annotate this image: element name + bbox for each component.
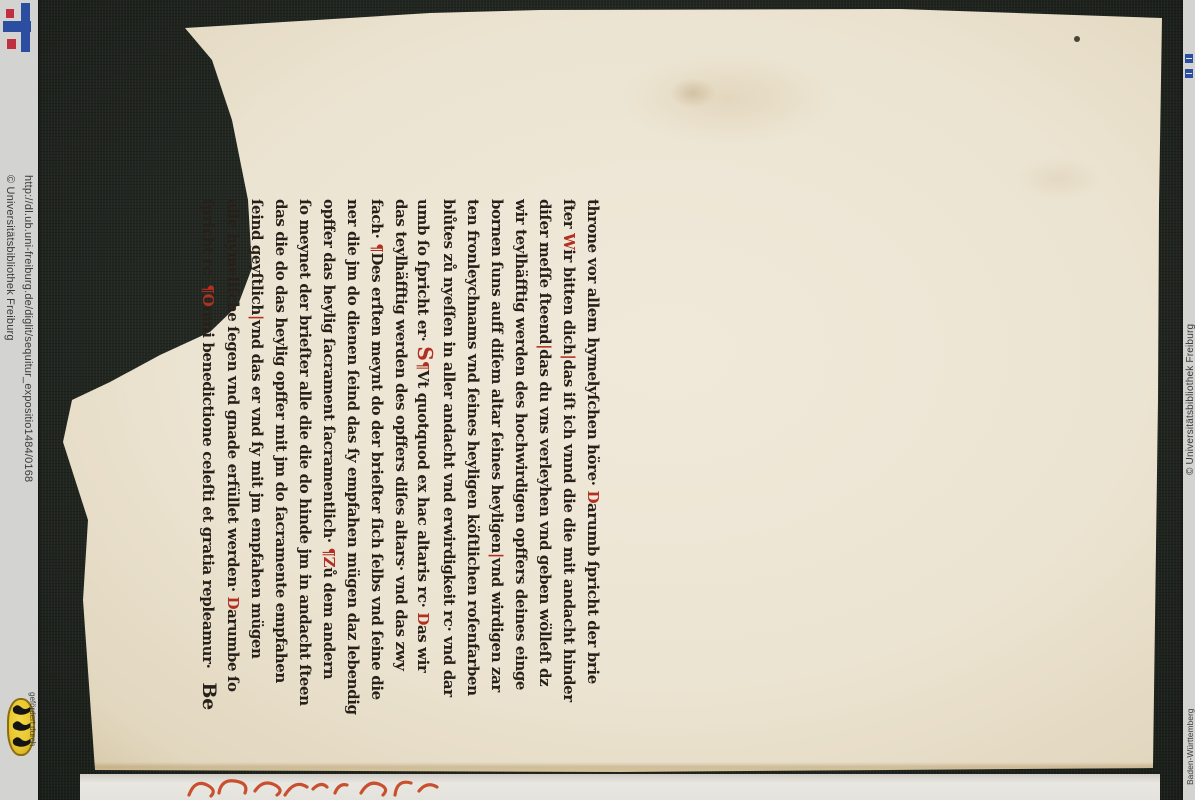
text-line: throne vor allem hymelyſchen höre· Darum… — [581, 199, 605, 704]
scan-stage: throne vor allem hymelyſchen höre· Darum… — [0, 0, 1195, 800]
paper-stain — [670, 78, 716, 108]
right-frame-strip: © Universitätsbibliothek Freiburg Baden-… — [1183, 0, 1195, 800]
text-line: wir teylhäfftig werden des hochwirdigen … — [509, 199, 533, 704]
text-line: blůtes zů nyeſſen in aller andacht vnd e… — [437, 199, 461, 704]
text-line: alle hymeliſche ſegen vnd gnade erfüllet… — [221, 199, 245, 704]
text-line: ſter Wir bitten dich|das iſt ich vnnd di… — [557, 199, 581, 704]
copyright-label: © Universitätsbibliothek Freiburg — [1185, 240, 1195, 475]
paper-stain — [1013, 156, 1103, 202]
source-url-label: http://dl.ub.uni-freiburg.de/diglit/sequ… — [19, 175, 37, 605]
text-line: ten fronleychnams vnd ſeines heyligen kö… — [461, 199, 485, 704]
left-frame-strip: http://dl.ub.uni-freiburg.de/diglit/sequ… — [0, 0, 38, 800]
text-line: fach· ¶Des erſten meynt do der brieſter … — [365, 199, 389, 704]
text-block-rotated: throne vor allem hymelyſchen höre· Darum… — [197, 199, 605, 704]
text-line: das teylhäfftig werden des opffers diſes… — [389, 199, 413, 704]
text-line: ſo meynet der brieſter alle die die do h… — [293, 199, 317, 704]
catchword: Be — [198, 668, 220, 710]
funding-label: gefördert durch — [26, 692, 38, 762]
blackletter-text: throne vor allem hymelyſchen höre· Darum… — [197, 199, 605, 704]
text-line: ſpricht rc· ¶Omni benedictione celeſti e… — [197, 199, 221, 704]
text-line: diſer meſſe ſteend|das du vns verleyhen … — [533, 199, 557, 704]
text-line: ſeind geyſtlich|vnd das er vnd ſy mit jm… — [245, 199, 269, 704]
text-line: bornen ſuns auff diſem altar ſeines heyl… — [485, 199, 509, 704]
text-line: umb ſo ſpricht er· S¶Vt quotquod ex hac … — [413, 199, 437, 704]
text-line: opffer das heylig ſacrament ſacramentlic… — [317, 199, 341, 704]
red-flourish-right — [355, 777, 465, 799]
text-line: das die do das heylig opffer mit jm do ſ… — [269, 199, 293, 704]
text-line: ner die jm do dienen ſeind das ſy empfah… — [341, 199, 365, 704]
paper-stain — [618, 51, 838, 146]
region-label: Baden-Württemberg — [1185, 685, 1195, 785]
paper-speck — [1074, 36, 1080, 42]
copyright-label: © Universitätsbibliothek Freiburg — [1, 175, 19, 605]
under-page-edge — [80, 774, 1160, 800]
